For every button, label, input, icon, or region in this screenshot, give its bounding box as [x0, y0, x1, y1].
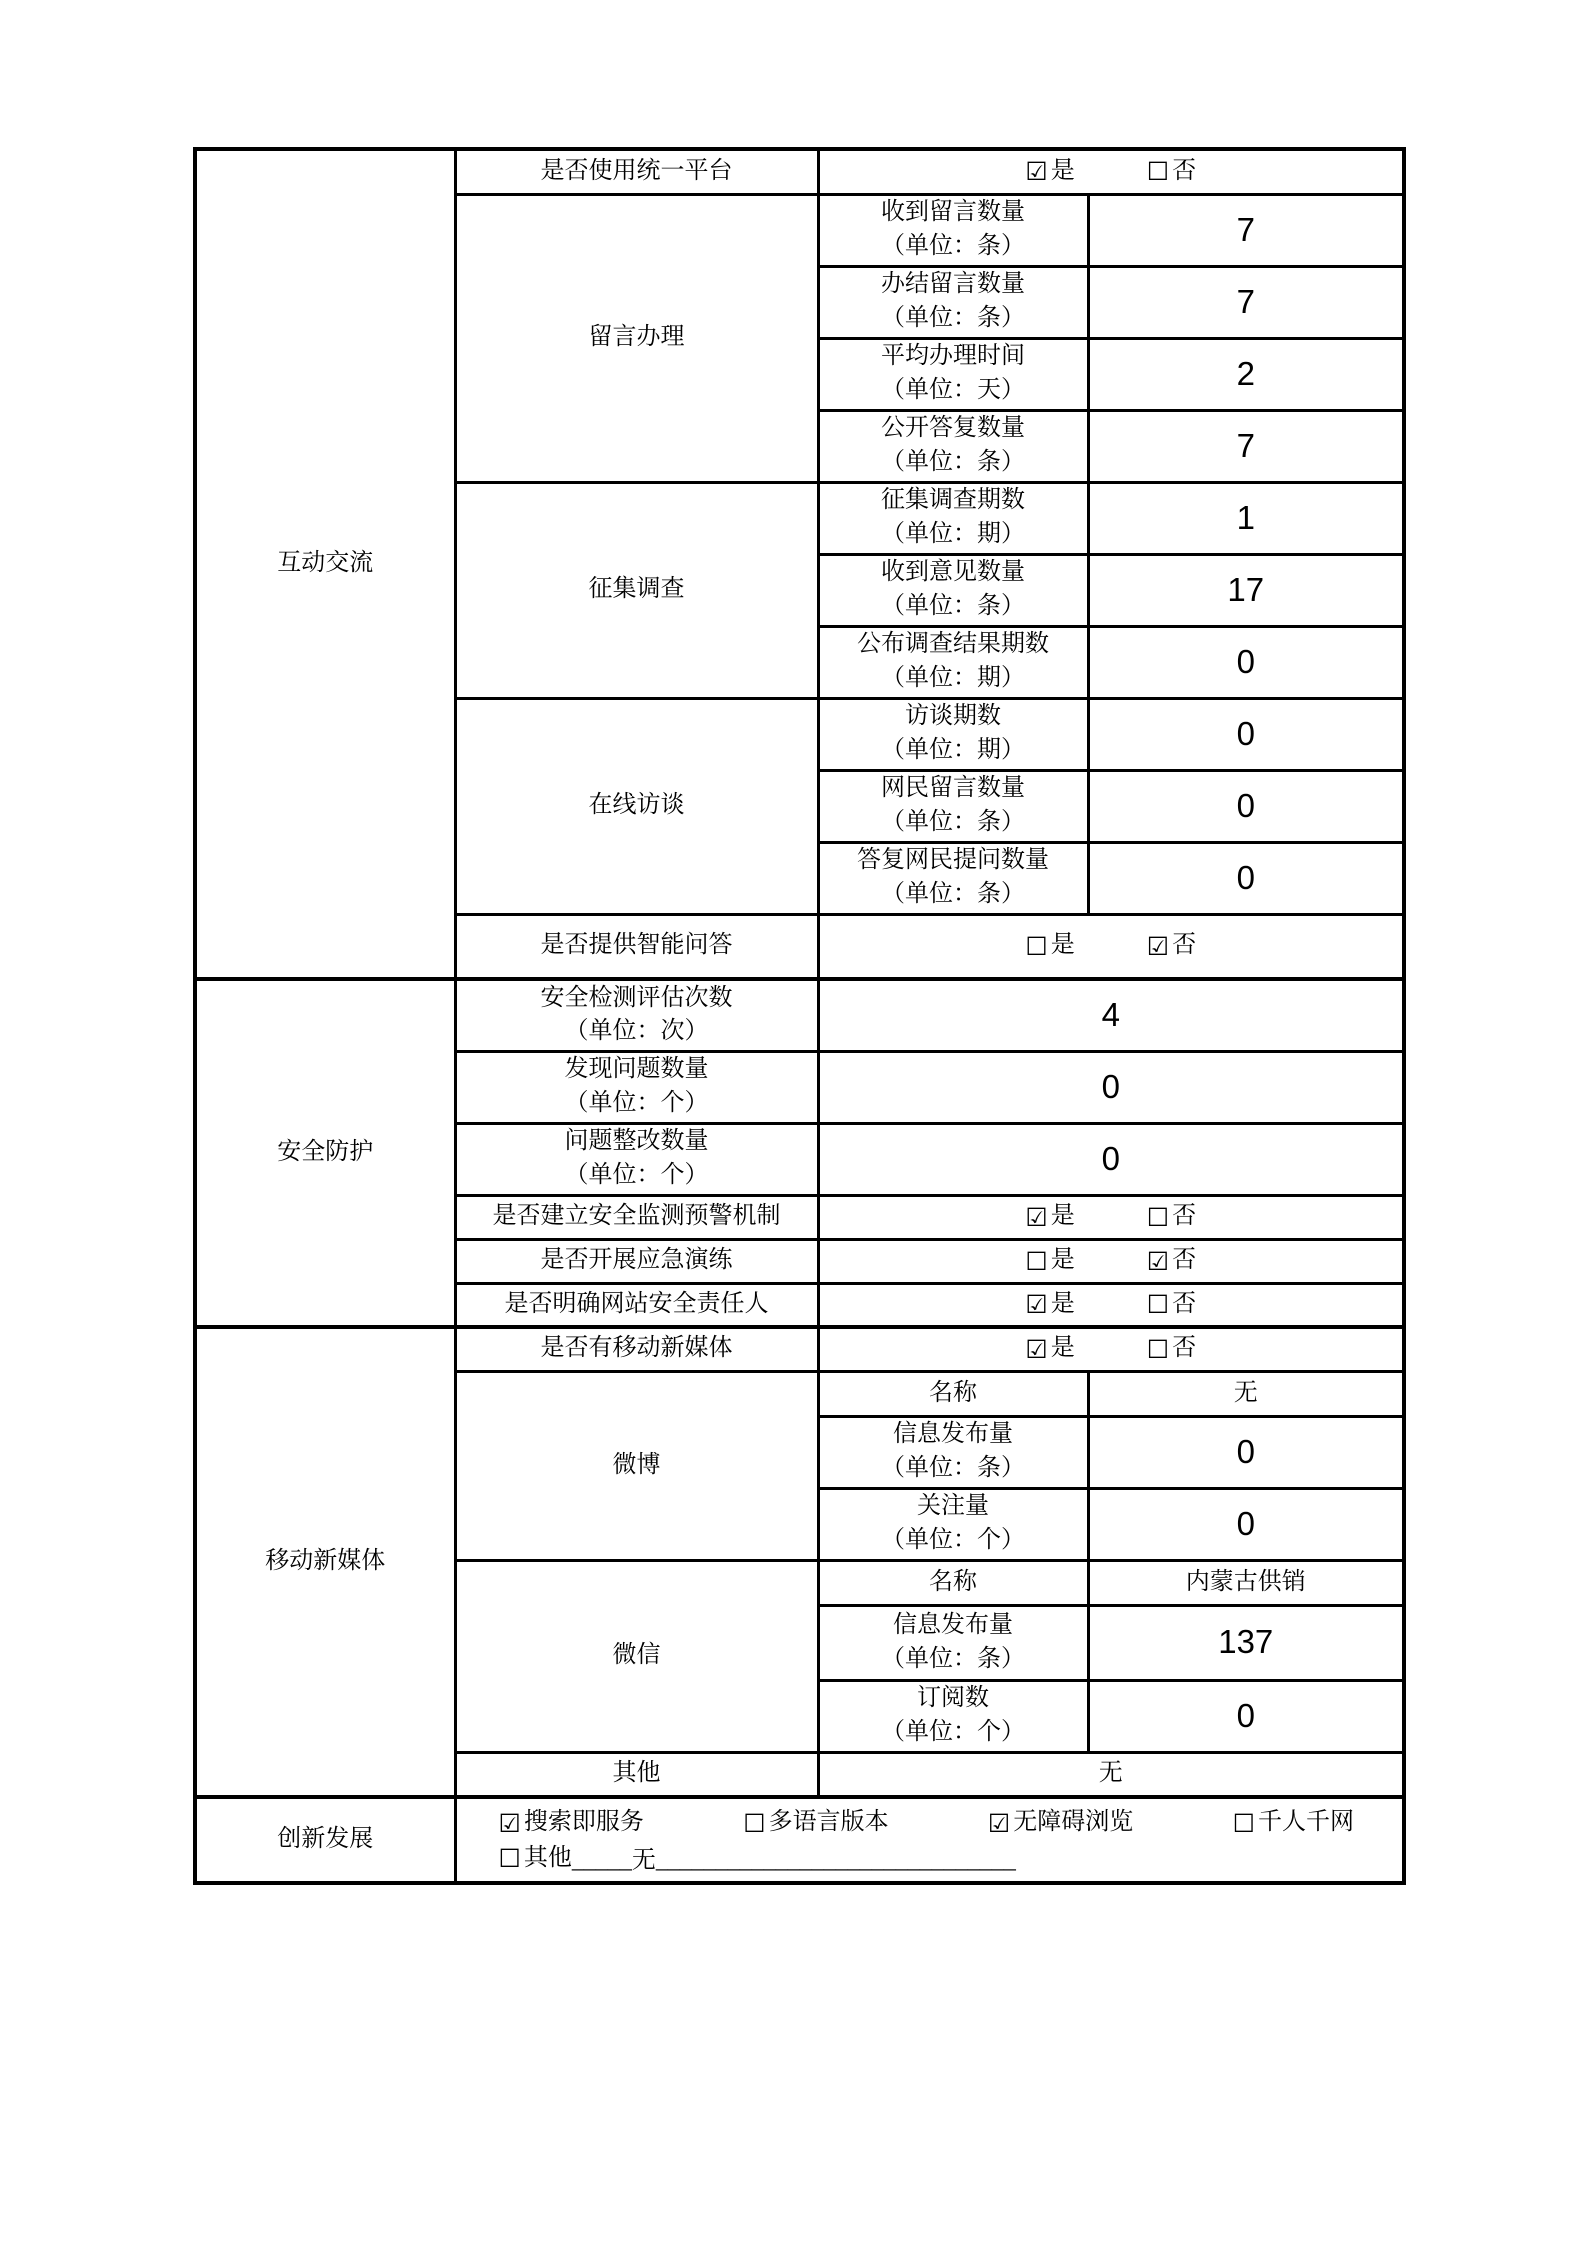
metric-label-cell: 办结留言数量 （单位：条）	[818, 266, 1088, 338]
yes-label: 是	[1051, 1244, 1075, 1278]
table-row: 安全防护 安全检测评估次数 （单位：次） 4	[195, 979, 1404, 1051]
metric-unit-line: （单位：期）	[820, 662, 1087, 696]
no-label: 否	[1172, 929, 1196, 963]
metric-value: 2	[1088, 338, 1404, 410]
metric-unit-line: （单位：个）	[820, 1524, 1087, 1558]
innovation-option: ☐多语言版本	[743, 1806, 888, 1840]
yes-option: ☐是	[1025, 929, 1074, 963]
metric-value: 137	[1088, 1605, 1404, 1680]
metric-value: 4	[818, 979, 1404, 1051]
yes-option: ☑是	[1025, 155, 1074, 189]
metric-unit-line: （单位：次）	[457, 1015, 817, 1049]
yes-option: ☑是	[1025, 1200, 1074, 1234]
metric-label-line: 问题整改数量	[457, 1125, 817, 1159]
innovation-other-value: 无	[632, 1847, 656, 1873]
innovation-other-line: ☐其他_____无______________________________	[457, 1840, 1403, 1878]
metric-label-cell: 网民留言数量 （单位：条）	[818, 770, 1088, 842]
report-sheet: 互动交流 是否使用统一平台 ☑是 ☐否 留言办理 收到留言数量 （单位：条） 7…	[193, 147, 1406, 1885]
unified-platform-label: 是否使用统一平台	[455, 149, 818, 194]
metric-value: 7	[1088, 194, 1404, 266]
security-person-answer: ☑是 ☐否	[818, 1283, 1404, 1327]
blank-line: ______________________________	[656, 1847, 1016, 1873]
unified-platform-answer: ☑是 ☐否	[818, 149, 1404, 194]
no-option: ☑否	[1147, 929, 1196, 963]
option-label: 千人千网	[1258, 1806, 1354, 1840]
group-wechat-title: 微信	[455, 1560, 818, 1752]
metric-unit-line: （单位：条）	[820, 1452, 1087, 1486]
metric-unit-line: （单位：个）	[457, 1087, 817, 1121]
metric-label-line: 平均办理时间	[820, 340, 1087, 374]
metric-unit-line: （单位：期）	[820, 518, 1087, 552]
section-mobile-media-title: 移动新媒体	[195, 1327, 455, 1797]
metric-label-line: 网民留言数量	[820, 772, 1087, 806]
yesno-group: ☐是 ☑否	[820, 929, 1403, 963]
option-label: 其他	[524, 1842, 572, 1876]
checkbox-icon: ☑	[499, 1811, 521, 1836]
innovation-other-option: ☐其他	[499, 1842, 572, 1876]
metric-label-line: 关注量	[820, 1490, 1087, 1524]
no-checkbox-icon: ☑	[1147, 934, 1169, 959]
no-option: ☐否	[1147, 155, 1196, 189]
name-value: 内蒙古供销	[1088, 1560, 1404, 1605]
metric-label-cell: 征集调查期数 （单位：期）	[818, 482, 1088, 554]
yesno-group: ☑是 ☐否	[820, 1288, 1403, 1322]
checkbox-icon: ☐	[499, 1846, 521, 1871]
yes-checkbox-icon: ☑	[1025, 1292, 1047, 1317]
monitor-warning-label: 是否建立安全监测预警机制	[455, 1195, 818, 1239]
metric-unit-line: （单位：条）	[820, 590, 1087, 624]
metric-value: 7	[1088, 266, 1404, 338]
metric-label-line: 公开答复数量	[820, 412, 1087, 446]
metric-unit-line: （单位：条）	[820, 302, 1087, 336]
checkbox-icon: ☐	[743, 1811, 765, 1836]
emergency-drill-answer: ☐是 ☑否	[818, 1239, 1404, 1283]
metric-value: 0	[1088, 842, 1404, 914]
other-media-label: 其他	[455, 1752, 818, 1797]
metric-label-cell: 收到留言数量 （单位：条）	[818, 194, 1088, 266]
metric-label-cell: 订阅数 （单位：个）	[818, 1680, 1088, 1752]
name-value: 无	[1088, 1371, 1404, 1416]
metric-unit-line: （单位：条）	[820, 230, 1087, 264]
innovation-option: ☑搜索即服务	[499, 1806, 644, 1840]
option-label: 搜索即服务	[524, 1806, 644, 1840]
metric-value: 0	[818, 1123, 1404, 1195]
yesno-group: ☑是 ☐否	[820, 1200, 1403, 1234]
metric-unit-line: （单位：天）	[820, 374, 1087, 408]
group-online-interview-title: 在线访谈	[455, 698, 818, 914]
yes-checkbox-icon: ☑	[1025, 159, 1047, 184]
option-label: 多语言版本	[769, 1806, 889, 1840]
metric-value: 0	[1088, 770, 1404, 842]
metric-value: 0	[1088, 1680, 1404, 1752]
checkbox-icon: ☐	[1233, 1811, 1255, 1836]
section-interaction-title: 互动交流	[195, 149, 455, 979]
section-innovation-title: 创新发展	[195, 1797, 455, 1883]
metric-unit-line: （单位：条）	[820, 1643, 1087, 1677]
metric-unit-line: （单位：条）	[820, 878, 1087, 912]
metric-label-cell: 答复网民提问数量 （单位：条）	[818, 842, 1088, 914]
table-row: 创新发展 ☑搜索即服务 ☐多语言版本 ☑无障碍浏览 ☐千人千网 ☐其他_____…	[195, 1797, 1404, 1883]
no-checkbox-icon: ☑	[1147, 1249, 1169, 1274]
no-label: 否	[1172, 155, 1196, 189]
yes-label: 是	[1051, 155, 1075, 189]
has-mobile-media-answer: ☑是 ☐否	[818, 1327, 1404, 1371]
metric-label-line: 办结留言数量	[820, 268, 1087, 302]
metric-label-line: 答复网民提问数量	[820, 844, 1087, 878]
security-person-label: 是否明确网站安全责任人	[455, 1283, 818, 1327]
emergency-drill-label: 是否开展应急演练	[455, 1239, 818, 1283]
yes-checkbox-icon: ☐	[1025, 1249, 1047, 1274]
yes-label: 是	[1051, 929, 1075, 963]
yes-checkbox-icon: ☐	[1025, 934, 1047, 959]
group-weibo-title: 微博	[455, 1371, 818, 1560]
innovation-options: ☑搜索即服务 ☐多语言版本 ☑无障碍浏览 ☐千人千网	[457, 1802, 1403, 1840]
metric-label-cell: 信息发布量 （单位：条）	[818, 1605, 1088, 1680]
metric-label-line: 信息发布量	[820, 1418, 1087, 1452]
no-option: ☐否	[1147, 1200, 1196, 1234]
metric-label-cell: 公开答复数量 （单位：条）	[818, 410, 1088, 482]
innovation-option: ☐千人千网	[1233, 1806, 1354, 1840]
innovation-content: ☑搜索即服务 ☐多语言版本 ☑无障碍浏览 ☐千人千网 ☐其他_____无____…	[455, 1797, 1404, 1883]
blank-line: _____	[572, 1847, 632, 1873]
no-option: ☐否	[1147, 1332, 1196, 1366]
metric-value: 0	[1088, 1416, 1404, 1488]
metric-value: 0	[818, 1051, 1404, 1123]
metric-unit-line: （单位：条）	[820, 806, 1087, 840]
metric-unit-line: （单位：条）	[820, 446, 1087, 480]
metric-unit-line: （单位：个）	[457, 1159, 817, 1193]
group-survey-title: 征集调查	[455, 482, 818, 698]
metric-label-line: 安全检测评估次数	[457, 982, 817, 1016]
annual-report-table: 互动交流 是否使用统一平台 ☑是 ☐否 留言办理 收到留言数量 （单位：条） 7…	[193, 147, 1406, 1885]
metric-label-cell: 问题整改数量 （单位：个）	[455, 1123, 818, 1195]
group-message-handling-title: 留言办理	[455, 194, 818, 482]
smart-qa-answer: ☐是 ☑否	[818, 914, 1404, 979]
yes-checkbox-icon: ☑	[1025, 1337, 1047, 1362]
no-checkbox-icon: ☐	[1147, 1292, 1169, 1317]
table-row: 移动新媒体 是否有移动新媒体 ☑是 ☐否	[195, 1327, 1404, 1371]
yes-option: ☐是	[1025, 1244, 1074, 1278]
metric-value: 7	[1088, 410, 1404, 482]
no-checkbox-icon: ☐	[1147, 159, 1169, 184]
metric-label-cell: 公布调查结果期数 （单位：期）	[818, 626, 1088, 698]
name-label: 名称	[818, 1560, 1088, 1605]
metric-label-line: 征集调查期数	[820, 484, 1087, 518]
yesno-group: ☑是 ☐否	[820, 155, 1403, 189]
no-checkbox-icon: ☐	[1147, 1205, 1169, 1230]
metric-value: 1	[1088, 482, 1404, 554]
no-label: 否	[1172, 1288, 1196, 1322]
metric-label-cell: 访谈期数 （单位：期）	[818, 698, 1088, 770]
metric-value: 17	[1088, 554, 1404, 626]
no-option: ☐否	[1147, 1288, 1196, 1322]
section-security-title: 安全防护	[195, 979, 455, 1327]
table-row: 互动交流 是否使用统一平台 ☑是 ☐否	[195, 149, 1404, 194]
no-checkbox-icon: ☐	[1147, 1337, 1169, 1362]
metric-label-cell: 关注量 （单位：个）	[818, 1488, 1088, 1560]
smart-qa-label: 是否提供智能问答	[455, 914, 818, 979]
metric-value: 0	[1088, 1488, 1404, 1560]
name-label: 名称	[818, 1371, 1088, 1416]
no-label: 否	[1172, 1244, 1196, 1278]
yesno-group: ☑是 ☐否	[820, 1332, 1403, 1366]
other-media-value: 无	[818, 1752, 1404, 1797]
yes-option: ☑是	[1025, 1288, 1074, 1322]
metric-label-cell: 收到意见数量 （单位：条）	[818, 554, 1088, 626]
innovation-option: ☑无障碍浏览	[988, 1806, 1133, 1840]
metric-unit-line: （单位：期）	[820, 734, 1087, 768]
yes-label: 是	[1051, 1288, 1075, 1322]
metric-label-cell: 发现问题数量 （单位：个）	[455, 1051, 818, 1123]
metric-unit-line: （单位：个）	[820, 1716, 1087, 1750]
metric-label-cell: 安全检测评估次数 （单位：次）	[455, 979, 818, 1051]
yes-option: ☑是	[1025, 1332, 1074, 1366]
metric-label-line: 订阅数	[820, 1682, 1087, 1716]
yes-label: 是	[1051, 1200, 1075, 1234]
metric-label-cell: 平均办理时间 （单位：天）	[818, 338, 1088, 410]
metric-label-line: 访谈期数	[820, 700, 1087, 734]
checkbox-icon: ☑	[988, 1811, 1010, 1836]
metric-value: 0	[1088, 626, 1404, 698]
metric-label-line: 发现问题数量	[457, 1053, 817, 1087]
no-label: 否	[1172, 1200, 1196, 1234]
metric-label-line: 收到意见数量	[820, 556, 1087, 590]
metric-label-cell: 信息发布量 （单位：条）	[818, 1416, 1088, 1488]
option-label: 无障碍浏览	[1013, 1806, 1133, 1840]
metric-label-line: 信息发布量	[820, 1609, 1087, 1643]
report-page: { "labels": { "yes": "是", "no": "否" }, "…	[0, 0, 1587, 2245]
yes-checkbox-icon: ☑	[1025, 1205, 1047, 1230]
yesno-group: ☐是 ☑否	[820, 1244, 1403, 1278]
metric-value: 0	[1088, 698, 1404, 770]
monitor-warning-answer: ☑是 ☐否	[818, 1195, 1404, 1239]
has-mobile-media-label: 是否有移动新媒体	[455, 1327, 818, 1371]
metric-label-line: 公布调查结果期数	[820, 628, 1087, 662]
yes-label: 是	[1051, 1332, 1075, 1366]
no-label: 否	[1172, 1332, 1196, 1366]
metric-label-line: 收到留言数量	[820, 196, 1087, 230]
no-option: ☑否	[1147, 1244, 1196, 1278]
